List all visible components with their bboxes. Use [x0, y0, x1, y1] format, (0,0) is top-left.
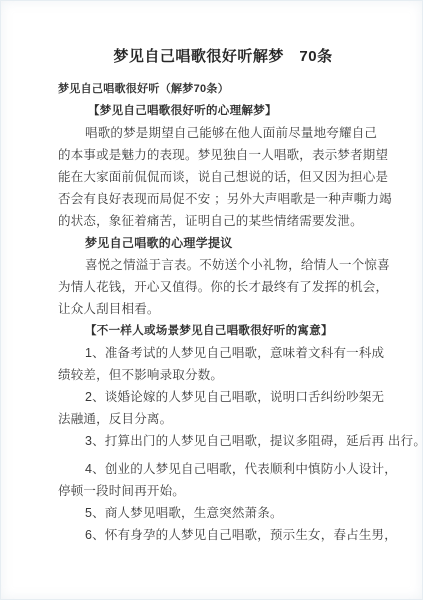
paragraph-psychology: 唱歌的梦是期望自己能够在他人面前尽量地夸耀自己 的本事或是魅力的表现。梦见独自一…: [58, 122, 388, 232]
document-page: 梦见自己唱歌很好听解梦 70条 梦见自己唱歌很好听（解梦70条） 【梦见自己唱歌…: [0, 0, 423, 600]
text-line: 1、准备考试的人梦见自己唱歌，意味着文科有一科成: [58, 342, 388, 364]
text-line: 绩较差，但不影响录取分数。: [58, 364, 388, 386]
list-item: 2、谈婚论嫁的人梦见自己唱歌，说明口舌纠纷吵架无 法融通，反目分离。: [58, 386, 388, 430]
text-line: 4、创业的人梦见自己唱歌，代表顺利中慎防小人设计，: [58, 458, 388, 480]
text-line: 2、谈婚论嫁的人梦见自己唱歌，说明口舌纠纷吵架无: [58, 386, 388, 408]
text-line: 否会有良好表现而局促不安 ；另外大声唱歌是一种声嘶力竭: [58, 188, 388, 210]
text-line: 能在大家面前侃侃而谈，说自己想说的话，但又因为担心是: [58, 166, 388, 188]
text-line: 3、打算出门的人梦见自己唱歌，提议多阻碍，延后再 出行。: [58, 430, 388, 452]
section-heading-psychology: 【梦见自己唱歌很好听的心理解梦】: [58, 100, 388, 122]
text-line: 为情人花钱，开心又值得。你的长才最终有了发挥的机会，: [58, 276, 388, 298]
numbered-list: 1、准备考试的人梦见自己唱歌，意味着文科有一科成 绩较差，但不影响录取分数。 2…: [58, 342, 388, 546]
list-item: 5、商人梦见唱歌，生意突然萧条。: [58, 502, 388, 524]
list-item: 4、创业的人梦见自己唱歌，代表顺利中慎防小人设计， 停顿一段时间再开始。: [58, 458, 388, 502]
list-item: 3、打算出门的人梦见自己唱歌，提议多阻碍，延后再 出行。: [58, 430, 388, 452]
text-line: 停顿一段时间再开始。: [58, 480, 388, 502]
text-line: 的本事或是魅力的表现。梦见独自一人唱歌，表示梦者期望: [58, 144, 388, 166]
subheading-advice: 梦见自己唱歌的心理学提议: [58, 232, 388, 254]
text-line: 喜悦之情溢于言表。不妨送个小礼物，给情人一个惊喜: [58, 254, 388, 276]
text-line: 的状态，象征着痛苦，证明自己的某些情绪需要发泄。: [58, 210, 388, 232]
list-item: 6、怀有身孕的人梦见自己唱歌，预示生女，春占生男，: [58, 524, 388, 546]
text-line: 让众人刮目相看。: [58, 298, 388, 320]
text-line: 5、商人梦见唱歌，生意突然萧条。: [58, 502, 388, 524]
paragraph-advice: 喜悦之情溢于言表。不妨送个小礼物，给情人一个惊喜 为情人花钱，开心又值得。你的长…: [58, 254, 388, 320]
list-item: 1、准备考试的人梦见自己唱歌，意味着文科有一科成 绩较差，但不影响录取分数。: [58, 342, 388, 386]
text-line: 法融通，反目分离。: [58, 408, 388, 430]
document-title: 梦见自己唱歌很好听解梦 70条: [58, 46, 388, 68]
text-line: 唱歌的梦是期望自己能够在他人面前尽量地夸耀自己: [58, 122, 388, 144]
section-heading-meanings: 【不一样人或场景梦见自己唱歌很好听的寓意】: [58, 320, 388, 342]
document-subtitle: 梦见自己唱歌很好听（解梦70条）: [58, 78, 388, 100]
text-line: 6、怀有身孕的人梦见自己唱歌，预示生女，春占生男，: [58, 524, 388, 546]
